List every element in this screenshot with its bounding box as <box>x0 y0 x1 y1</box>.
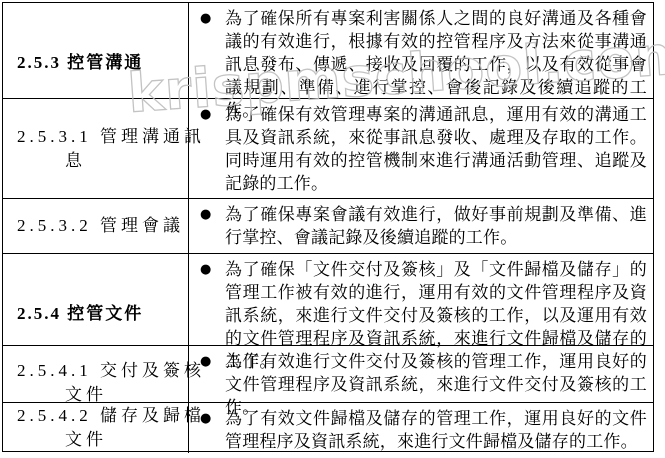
bullet-icon: ● <box>200 203 214 226</box>
section-title-wrap: 息 <box>65 149 184 173</box>
table-row: 2.5.4.2 儲存及歸檔 文件 ● 為了有效文件歸檔及儲存的管理工作，運用良好… <box>3 402 653 450</box>
description-text: 為了有效文件歸檔及儲存的管理工作，運用良好的文件管理程序及資訊系統，來進行文件歸… <box>225 407 647 453</box>
table-row: 2.5.3.2 管理會議 ● 為了確保專案會議有效進行，做好事前規劃及準備、進行… <box>3 198 653 253</box>
section-number-title: 2.5.3.2 管理會議 <box>17 214 184 238</box>
section-label-cell: 2.5.3.1 管理溝通訊 息 <box>3 99 189 198</box>
document-page: krispmschool.com 2.5.3 控管溝通 ● 為了確保所有專案利害… <box>0 0 665 458</box>
bullet-icon: ● <box>200 258 214 281</box>
section-description-cell: ● 為了確保有效管理專案的溝通訊息，運用有效的溝通工具及資訊系統，來從事訊息發收… <box>189 99 653 198</box>
section-number-title: 2.5.4 控管文件 <box>17 302 184 326</box>
bullet-icon: ● <box>200 407 214 430</box>
section-label-cell: 2.5.4.2 儲存及歸檔 文件 <box>3 403 189 453</box>
section-description-cell: ● 為了確保專案會議有效進行，做好事前規劃及準備、進行掌控、會議記錄及後續追蹤的… <box>189 199 653 253</box>
table-row: 2.5.4 控管文件 ● 為了確保「文件交付及簽核」及「文件歸檔及儲存」的管理工… <box>3 253 653 345</box>
table-row: 2.5.3 控管溝通 ● 為了確保所有專案利害關係人之間的良好溝通及各種會議的有… <box>3 3 653 98</box>
bullet-icon: ● <box>200 7 214 30</box>
description-text: 為了確保有效管理專案的溝通訊息，運用有效的溝通工具及資訊系統，來從事訊息發收、處… <box>225 103 647 195</box>
section-description-cell: ● 為了有效文件歸檔及儲存的管理工作，運用良好的文件管理程序及資訊系統，來進行文… <box>189 403 653 453</box>
table-row: 2.5.3.1 管理溝通訊 息 ● 為了確保有效管理專案的溝通訊息，運用有效的溝… <box>3 98 653 198</box>
description-text: 為了確保專案會議有效進行，做好事前規劃及準備、進行掌控、會議記錄及後續追蹤的工作… <box>225 203 647 249</box>
section-number-title: 2.5.4.1 交付及簽核 <box>17 359 184 383</box>
bullet-icon: ● <box>200 350 214 373</box>
section-number-title: 2.5.4.2 儲存及歸檔 <box>17 404 184 428</box>
table-row: 2.5.4.1 交付及簽核 文件 ● 為了有效進行文件交付及簽核的管理工作，運用… <box>3 345 653 402</box>
section-number-title: 2.5.3 控管溝通 <box>17 51 184 75</box>
section-number-title: 2.5.3.1 管理溝通訊 <box>17 125 184 149</box>
bullet-icon: ● <box>200 103 214 126</box>
section-label-cell: 2.5.3.2 管理會議 <box>3 199 189 253</box>
section-title-wrap: 文件 <box>65 428 184 452</box>
section-table: 2.5.3 控管溝通 ● 為了確保所有專案利害關係人之間的良好溝通及各種會議的有… <box>2 2 654 452</box>
